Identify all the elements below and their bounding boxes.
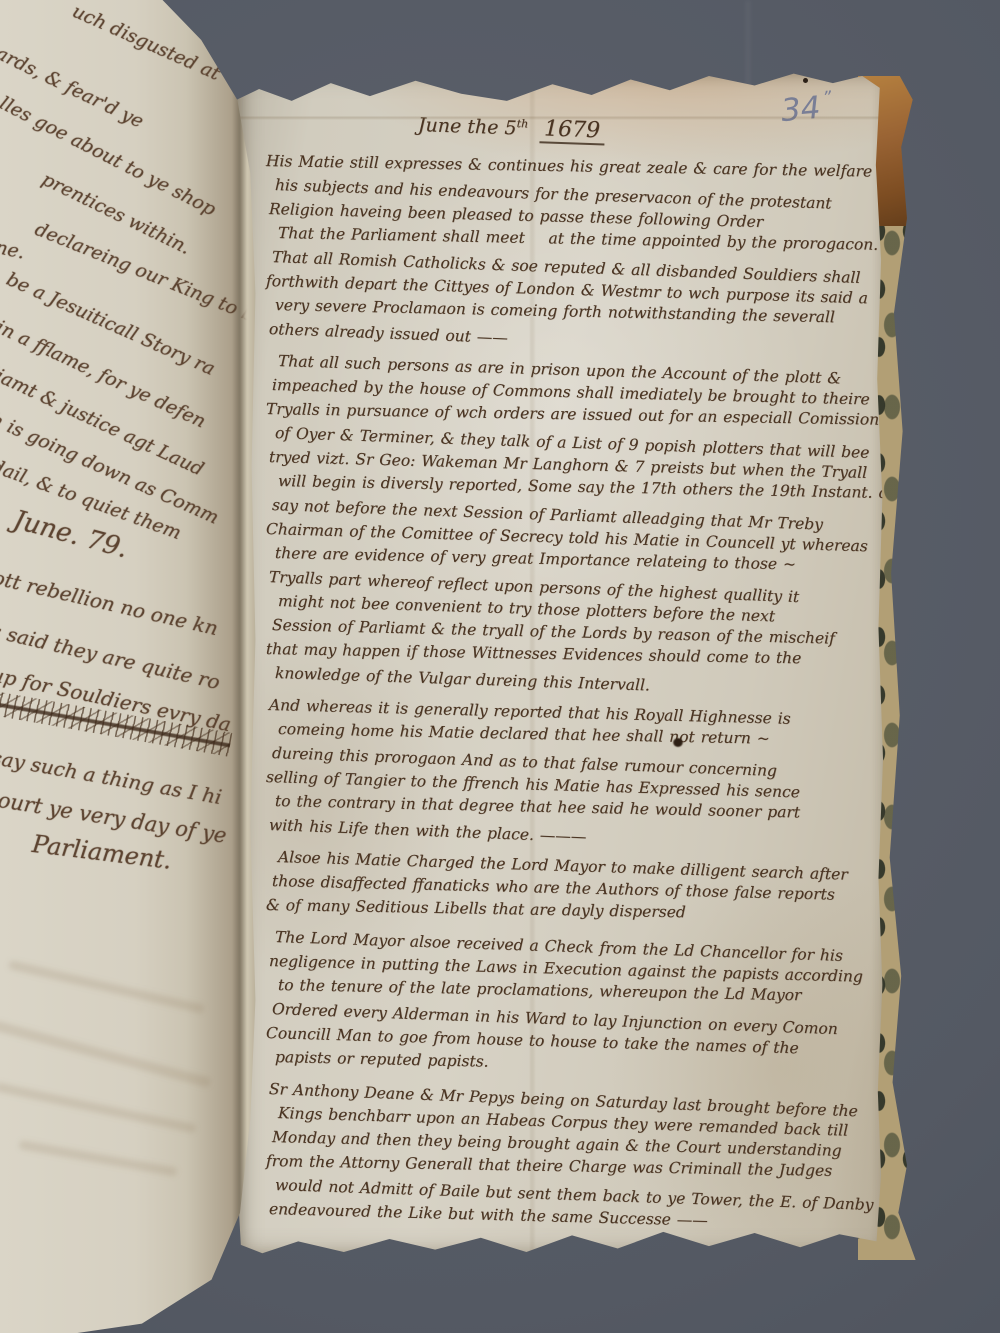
facing-page-fragment: uch disgusted at	[69, 0, 224, 85]
paragraph: The Lord Mayor alsoe received a Check fr…	[266, 925, 868, 1069]
page-text-area: June the 5th 1679 His Matie still expres…	[266, 88, 868, 1229]
heading-day: 5th	[504, 117, 528, 140]
ink-bleedthrough	[0, 1020, 211, 1088]
heading-year: 1679	[540, 116, 606, 145]
ink-bleedthrough	[18, 1140, 177, 1177]
heading-month: June the	[418, 114, 499, 139]
manuscript-text: His Matie still expresses & continues hi…	[266, 149, 868, 1221]
ink-bleedthrough	[8, 960, 205, 1014]
paragraph: His Matie still expresses & continues hi…	[266, 149, 868, 341]
ink-blot	[673, 738, 683, 747]
manuscript-page: 34” June the 5th 1679 His Matie still ex…	[233, 70, 885, 1258]
facing-page-fragment: Parliament.	[31, 830, 174, 875]
wormhole-dot	[803, 78, 808, 83]
ink-bleedthrough	[0, 1082, 197, 1133]
facing-page: uch disgusted atards, & fear'd yelles go…	[0, 0, 258, 1333]
date-heading: June the 5th 1679	[418, 112, 869, 153]
paragraph: And whereas it is generally reported tha…	[266, 693, 868, 837]
facing-page-fragment: ne.	[0, 236, 27, 264]
paragraph: That all such persons as are in prison u…	[266, 349, 868, 685]
paragraph: Sr Anthony Deane & Mr Pepys being on Sat…	[266, 1077, 868, 1221]
wormhole-dot	[815, 68, 819, 72]
